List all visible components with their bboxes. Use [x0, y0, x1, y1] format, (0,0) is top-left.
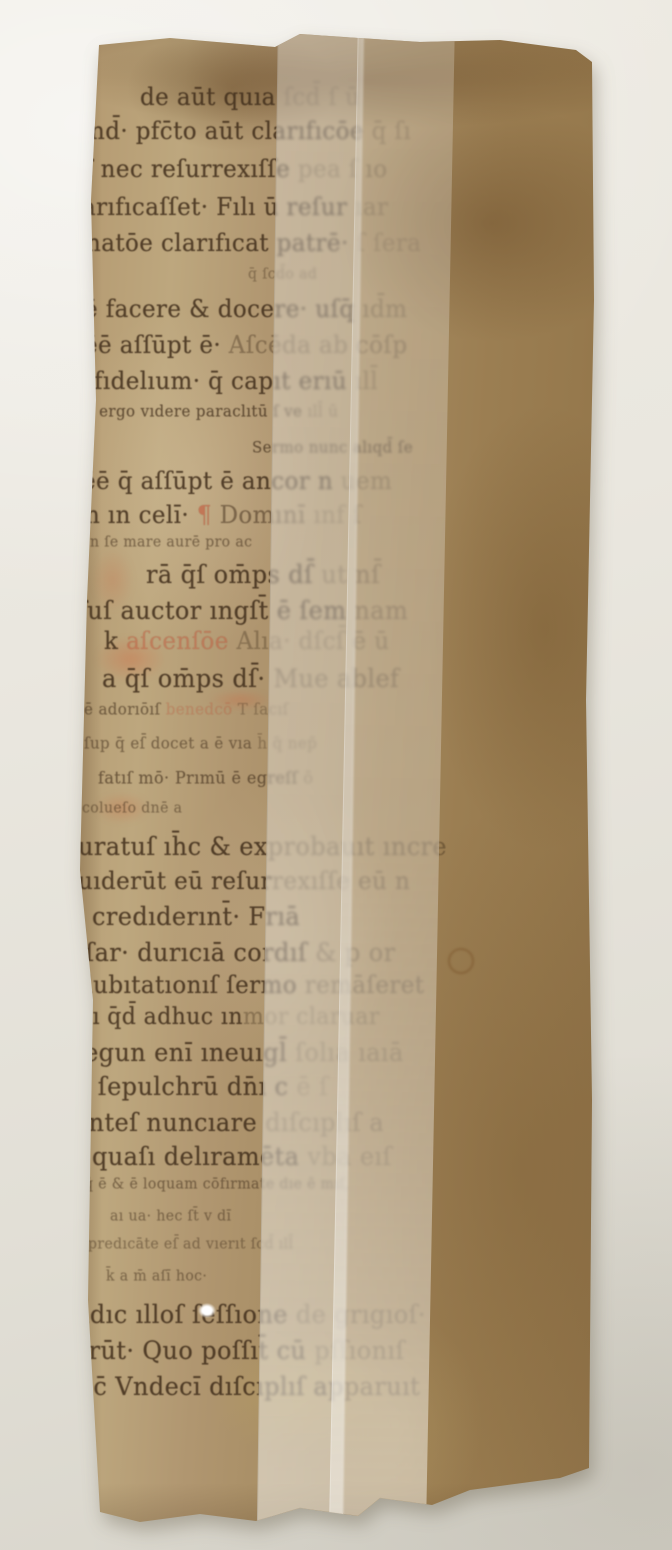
manuscript-line: quaſı delıramēta vba eıſ: [92, 1142, 392, 1171]
ink-text: fıdelıum· q̄ capıt erıū: [94, 368, 347, 395]
ink-text: bı q̄d̄ adhuc ın: [78, 1004, 243, 1030]
manuscript-line: legun enı̄ ıneuıgl̄ ſolıa ıaıā: [76, 1038, 404, 1067]
manuscript-line: q̄ ſcd̄o ad: [248, 266, 317, 283]
manuscript-line: a q̄ſ om̄ps dſ̄· Mue ablef: [102, 664, 399, 693]
ink-text: predıcāte eſ̄ ad vıerıt ſcd̄ ıll̄: [88, 1236, 293, 1253]
ink-text: ō: [298, 768, 314, 788]
ink-text: ıar: [347, 194, 388, 221]
ink-text: quaſı delıramēta: [92, 1142, 299, 1171]
ink-text: h̄ q̄ nep̄: [252, 734, 317, 753]
ink-text: fatıſ mō· Prımū ē egreſſ: [98, 768, 298, 788]
ink-text: n ſe mare aurē pro ac: [90, 534, 252, 551]
ink-text: credıderınt̄· Frıā: [92, 902, 300, 931]
manuscript-line: ſ nec reſurrexıſſe pea ſ ıo: [84, 156, 387, 183]
rubric-text: aſcenſōe: [126, 628, 229, 655]
ink-text: uem: [333, 468, 392, 495]
ink-text: colueſo dnē a: [82, 800, 182, 817]
ink-text: legun enı̄ ıneuıgl̄: [76, 1038, 287, 1067]
ink-text: k: [104, 628, 126, 655]
ink-text: ıd̄m: [354, 296, 407, 323]
ink-text: ſ ſera: [349, 230, 422, 257]
ink-text: nd̄· pfc̄to aūt clarıfıcōe: [90, 118, 364, 145]
parchment: de aūt quıa ſcd̄ ſ ūnd̄· pfc̄to aūt clar…: [76, 28, 596, 1528]
ink-text: pſſıonıſ: [306, 1336, 405, 1365]
ink-text: uratuſ ıh̄c & ex: [78, 832, 268, 861]
ink-text: d ſepulchrū dn̄ı c: [74, 1072, 288, 1101]
ink-text: probauıt ıncre: [268, 832, 447, 861]
manuscript-line: ē adorıōıſ benedcō T ſacıſ: [84, 700, 289, 719]
rubric-text: ¶: [197, 502, 220, 529]
manuscript-line: fıdelıum· q̄ capıt erıū ıll̄: [94, 368, 378, 395]
ink-text: q̄ ē & ē loquam cōfırmate dıe ē mıſ,: [84, 1176, 350, 1193]
manuscript-line: nd̄· pfc̄to aūt clarıfıcōe q̄ ſı: [90, 118, 411, 145]
manuscript-line: q̄ ē & ē loquam cōfırmate dıe ē mıſ,: [84, 1176, 350, 1193]
manuscript-line: ſup q̄ eſ̄ docet a ē vıa h̄ q̄ nep̄: [84, 734, 317, 753]
ink-text: erūt· Quo poſſıt̄ cū: [74, 1336, 306, 1365]
ink-text: remāſeret: [297, 972, 424, 999]
manuscript-line: uratuſ ıh̄c & exprobauıt ıncre: [78, 832, 447, 861]
ink-text: Sermo nunc alıqd̄ ſe: [252, 438, 413, 457]
ink-text: enteſ nuncıare: [74, 1108, 265, 1137]
manuscript-line: rā q̄ſ om̄ps dſ̄ ut nſ̄: [146, 560, 380, 589]
ink-text: arıfıcaſſet· Fılı ū reſur: [82, 194, 347, 221]
manuscript-fragment: de aūt quıa ſcd̄ ſ ūnd̄· pfc̄to aūt clar…: [0, 0, 672, 1550]
ink-text: natōe clarıfıcat patrē·: [86, 230, 349, 257]
manuscript-line: natōe clarıfıcat patrē· ſ ſera: [86, 230, 421, 257]
ink-text: Aſcēda ab cōſp: [229, 332, 408, 359]
ink-text: Alıa· dſcſ̄ ē ū: [229, 628, 390, 655]
ink-text: aı ua· hec ſt̄ v dı̄: [110, 1208, 231, 1225]
ink-text: nam: [346, 596, 408, 625]
ink-text: dıſcıplıſ a: [265, 1108, 384, 1137]
manuscript-line: ēē aſſūpt ē· Aſcēda ab cōſp: [84, 332, 407, 359]
ink-text: ſ nec reſurrexıſſe: [84, 156, 290, 183]
ink-text: ēē q̄ aſſūpt ē ancor n: [82, 468, 333, 495]
manuscript-line: ſſar· durıcıā cordıſ & p or: [76, 938, 395, 967]
ink-text: Mue ablef: [273, 664, 399, 693]
manuscript-line: dubıtatıonıſ ſermo remāſeret: [78, 972, 424, 999]
glare-spot: [198, 1303, 216, 1318]
manuscript-line: ſuſ auctor ıngſt̄ ē ſem nam: [78, 596, 408, 625]
manuscript-line: aı ua· hec ſt̄ v dı̄: [110, 1208, 231, 1225]
ink-text: ut nſ̄: [313, 560, 380, 589]
manuscript-line: fıc̄ Vndecı̄ dıſcıplıſ apparuıt: [76, 1372, 420, 1401]
text-layer: de aūt quıa ſcd̄ ſ ūnd̄· pfc̄to aūt clar…: [76, 28, 596, 1528]
ink-text: ſup q̄ eſ̄ docet a ē vıa: [84, 734, 252, 753]
ink-text: Domını̄: [220, 502, 306, 529]
manuscript-line: bı q̄d̄ adhuc ınmor claruar: [78, 1004, 380, 1030]
ink-text: pea ſ ıo: [290, 156, 387, 183]
manuscript-line: ſ ergo vıdere paraclıtū ſ ve ıll̄ ū: [88, 402, 338, 421]
manuscript-line: arıfıcaſſet· Fılı ū reſur ıar: [82, 194, 388, 221]
ink-text: a q̄ſ om̄ps dſ̄·: [102, 664, 273, 693]
ink-text: & p or: [307, 938, 395, 967]
ink-text: rexıſſe eū n: [272, 868, 410, 895]
ink-text: ē adorıōıſ: [84, 700, 166, 719]
manuscript-line: ē facere & docere· uſq̄ ıd̄m: [84, 296, 407, 323]
manuscript-line: m ın celı̄· ¶ Domını̄ ınf ſ: [78, 502, 362, 529]
manuscript-line: n ſe mare aurē pro ac: [90, 534, 252, 551]
ink-text: ſolıa ıaıā: [287, 1038, 404, 1067]
manuscript-line: ndıc ılloſ ſeſſıone de grıgıoſ·: [74, 1300, 426, 1329]
ink-text: k̄ a m̄ aſı̄ hoc·: [106, 1268, 207, 1285]
ink-text: rā q̄ſ om̄ps dſ̄: [146, 560, 313, 589]
manuscript-line: de aūt quıa ſcd̄ ſ ū: [140, 84, 360, 111]
ink-text: q̄ ſı: [364, 118, 411, 145]
ink-text: q̄ ſcd̄o ad: [248, 266, 317, 283]
manuscript-line: credıderınt̄· Frıā: [92, 902, 300, 931]
ink-text: paruıt: [344, 1372, 420, 1401]
ink-text: ē ſ: [288, 1072, 328, 1101]
ink-text: mor claruar: [243, 1004, 380, 1030]
manuscript-line: erūt· Quo poſſıt̄ cū pſſıonıſ: [74, 1336, 405, 1365]
ink-text: uıderūt eū reſur: [78, 868, 272, 895]
ink-text: dubıtatıonıſ ſermo: [78, 972, 297, 999]
manuscript-line: k aſcenſōe Alıa· dſcſ̄ ē ū: [104, 628, 389, 655]
manuscript-line: Sermo nunc alıqd̄ ſe: [252, 438, 413, 457]
photo-background: de aūt quıa ſcd̄ ſ ūnd̄· pfc̄to aūt clar…: [0, 0, 672, 1550]
manuscript-line: uıderūt eū reſurrexıſſe eū n: [78, 868, 410, 895]
ink-text: ıll̄: [347, 368, 378, 395]
ink-text: ſ ergo vıdere paraclıtū ſ ve: [88, 402, 302, 421]
ink-text: m ın celı̄·: [78, 502, 197, 529]
ink-text: ndıc ılloſ ſeſſıone: [74, 1300, 288, 1329]
ink-text: vba eıſ: [299, 1142, 391, 1171]
manuscript-line: ēē q̄ aſſūpt ē ancor n uem: [82, 468, 392, 495]
manuscript-line: k̄ a m̄ aſı̄ hoc·: [106, 1268, 207, 1285]
ink-text: ſſar· durıcıā cordıſ: [76, 938, 307, 967]
ink-text: ēē aſſūpt ē·: [84, 332, 229, 359]
manuscript-line: colueſo dnē a: [82, 800, 182, 817]
ink-text: ſcd̄ ſ ū: [276, 84, 361, 111]
ink-text: ıll̄ ū: [302, 402, 338, 421]
manuscript-line: d ſepulchrū dn̄ı c ē ſ: [74, 1072, 328, 1101]
rubric-text: benedcō: [166, 700, 233, 719]
ink-text: ē facere & docere· uſq̄: [84, 296, 354, 323]
ink-text: ınf ſ: [306, 502, 362, 529]
manuscript-line: fatıſ mō· Prımū ē egreſſ ō: [98, 768, 313, 788]
ink-text: de grıgıoſ·: [288, 1300, 426, 1329]
ink-text: ſuſ auctor ıngſt̄ ē ſem: [78, 596, 346, 625]
ink-text: fıc̄ Vndecı̄ dıſcıplıſ ap: [76, 1372, 344, 1401]
ink-text: T ſacıſ: [233, 700, 289, 719]
manuscript-line: enteſ nuncıare dıſcıplıſ a: [74, 1108, 384, 1137]
manuscript-line: predıcāte eſ̄ ad vıerıt ſcd̄ ıll̄: [88, 1236, 293, 1253]
ink-text: de aūt quıa: [140, 84, 276, 111]
